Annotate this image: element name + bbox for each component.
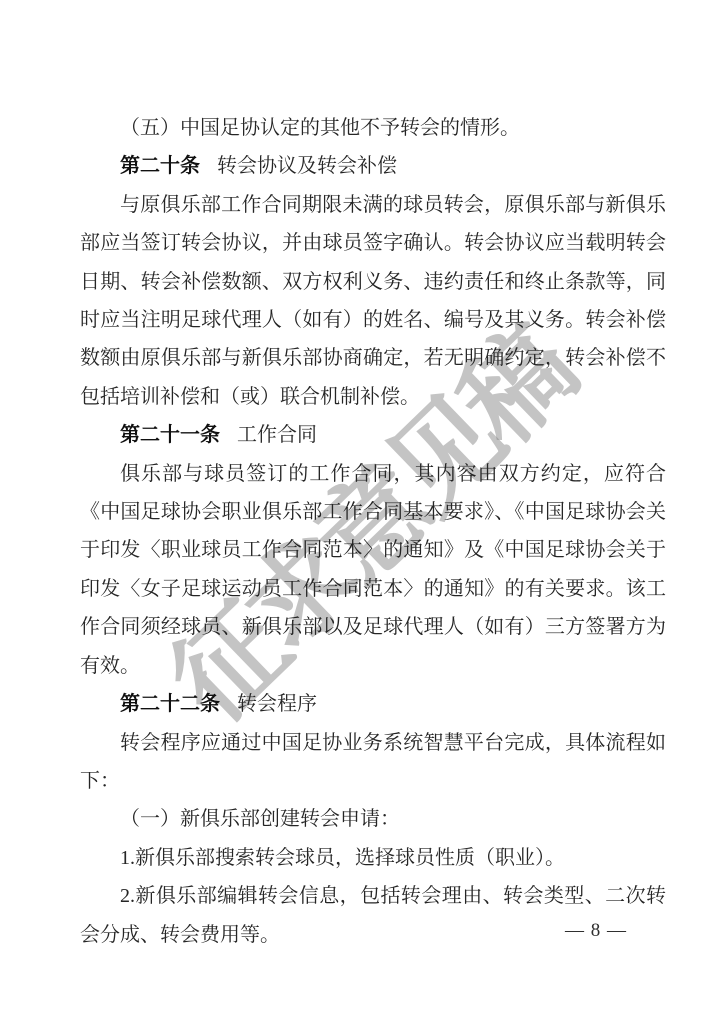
- paragraph: （五）中国足协认定的其他不予转会的情形。: [80, 109, 666, 147]
- document-page: 征求意见稿 （五）中国足协认定的其他不予转会的情形。第二十条转会协议及转会补偿与…: [0, 0, 720, 1018]
- heading-title: 转会程序: [237, 693, 317, 715]
- heading-title: 工作合同: [237, 424, 317, 446]
- paragraph: 俱乐部与球员签订的工作合同，其内容由双方约定，应符合《中国足球协会职业俱乐部工作…: [80, 455, 666, 685]
- paragraph: 1.新俱乐部搜索转会球员，选择球员性质（职业）。: [80, 839, 666, 877]
- heading-label: 第二十一条: [120, 424, 220, 446]
- document-body: （五）中国足协认定的其他不予转会的情形。第二十条转会协议及转会补偿与原俱乐部工作…: [80, 109, 666, 954]
- heading-title: 转会协议及转会补偿: [217, 155, 397, 177]
- heading-label: 第二十条: [120, 155, 200, 177]
- paragraph: 2.新俱乐部编辑转会信息，包括转会理由、转会类型、二次转会分成、转会费用等。: [80, 877, 666, 954]
- article-heading: 第二十二条转会程序: [80, 685, 666, 723]
- paragraph: 与原俱乐部工作合同期限未满的球员转会，原俱乐部与新俱乐部应当签订转会协议，并由球…: [80, 186, 666, 416]
- heading-label: 第二十二条: [120, 693, 220, 715]
- article-heading: 第二十条转会协议及转会补偿: [80, 147, 666, 185]
- paragraph: （一）新俱乐部创建转会申请：: [80, 800, 666, 838]
- paragraph: 转会程序应通过中国足协业务系统智慧平台完成，具体流程如下：: [80, 724, 666, 801]
- page-number-footer: — 8 —: [536, 920, 656, 942]
- article-heading: 第二十一条工作合同: [80, 416, 666, 454]
